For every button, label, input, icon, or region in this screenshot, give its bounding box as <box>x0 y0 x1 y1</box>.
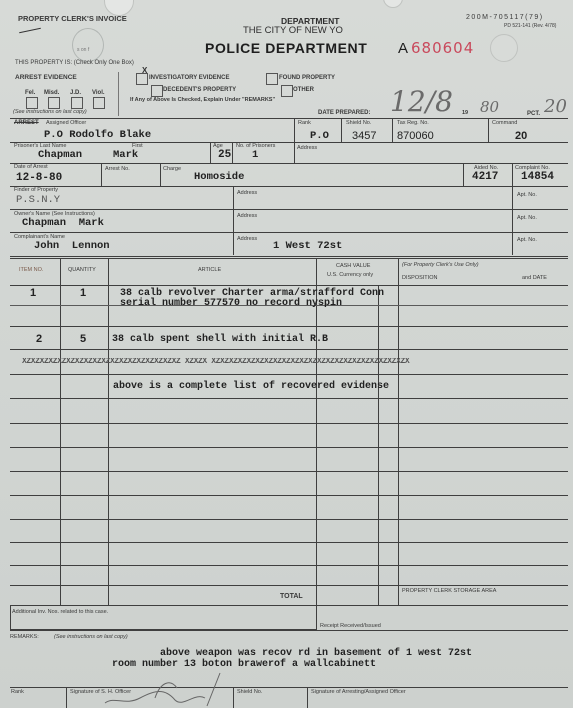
divider <box>488 118 489 142</box>
divider <box>233 186 234 255</box>
complaint-no-value: 14854 <box>521 172 554 183</box>
viol-checkbox[interactable] <box>93 97 105 109</box>
serial-number: 680604 <box>411 41 474 56</box>
remarks-note: (See instructions on last copy) <box>54 635 128 641</box>
row-rule <box>10 565 568 566</box>
age-value: 25 <box>218 150 231 161</box>
charge-label: Charge <box>163 167 181 173</box>
row-quantity: 5 <box>80 334 86 345</box>
date-prepared-label: DATE PREPARED: <box>318 110 370 116</box>
assigned-officer-label: Assigned Officer <box>46 121 86 127</box>
finder-label: Finder of Property <box>14 188 58 194</box>
found-property-checkbox[interactable] <box>266 73 278 85</box>
rank-label: Rank <box>298 121 311 127</box>
divider <box>512 186 513 255</box>
remarks-label: REMARKS: <box>10 635 39 641</box>
aided-no-value: 4217 <box>472 172 498 183</box>
investigatory-check-mark: X <box>142 67 147 75</box>
column-divider <box>108 258 109 605</box>
header-and-date: and DATE <box>522 276 547 282</box>
header-quantity: QUANTITY <box>68 268 96 274</box>
storage-area-label: PROPERTY CLERK STORAGE AREA <box>402 589 496 595</box>
divider <box>341 118 342 142</box>
jd-checkbox[interactable] <box>71 97 83 109</box>
date-of-arrest-value: 12-8-80 <box>16 173 62 184</box>
divider <box>232 142 233 163</box>
complainant-apt-label: Apt. No. <box>517 238 537 244</box>
signature-scribble <box>95 668 245 708</box>
see-instructions-note: (See instructions on last copy) <box>13 110 87 116</box>
finder-apt-label: Apt. No. <box>517 193 537 199</box>
rule <box>10 232 568 233</box>
column-divider <box>398 258 399 605</box>
divider <box>307 687 308 708</box>
summary-line: above is a complete list of recovered ev… <box>113 382 389 392</box>
command-label: Command <box>492 121 517 127</box>
header-clerk-note: (For Property Clerk's Use Only) <box>402 263 479 269</box>
rule <box>10 209 568 210</box>
page-title: POLICE DEPARTMENT <box>205 41 367 55</box>
remarks-line-1: above weapon was recov rd in basement of… <box>160 649 472 659</box>
additional-inv-label: Additional Inv. Nos. related to this cas… <box>12 610 108 616</box>
divider <box>210 142 211 163</box>
punch-hole <box>383 0 403 8</box>
arresting-officer-signature-label: Signature of Arresting/Assigned Officer <box>311 690 406 696</box>
row-rule <box>10 471 568 472</box>
row-rule <box>10 447 568 448</box>
row-rule <box>10 542 568 543</box>
row-rule <box>10 519 568 520</box>
divider <box>392 118 393 142</box>
divider <box>294 142 295 163</box>
misd-checkbox[interactable] <box>48 97 60 109</box>
complainant-address-label: Address <box>237 237 257 243</box>
header-us-currency: U.S. Currency only <box>327 273 373 279</box>
row-rule <box>10 423 568 424</box>
rule <box>10 258 568 259</box>
prisoner-last-name-value: Chapman <box>38 150 82 161</box>
other-label: OTHER <box>293 87 314 93</box>
column-divider <box>378 285 379 605</box>
arrest-evidence-label: ARREST EVIDENCE <box>15 75 77 82</box>
row-rule <box>10 585 568 586</box>
arrest-label-struck: ARREST <box>14 120 39 126</box>
header-article: ARTICLE <box>198 268 221 274</box>
header-cash-value: CASH VALUE <box>336 264 370 270</box>
property-clerk-invoice-form: s on f PROPERTY CLERK'S INVOICE DEPARTME… <box>0 0 573 708</box>
header-item-no: ITEM NO. <box>19 268 43 274</box>
found-property-label: FOUND PROPERTY <box>279 75 335 81</box>
row-quantity: 1 <box>80 288 86 299</box>
row-rule <box>10 495 568 496</box>
rule <box>10 630 568 631</box>
divider <box>512 163 513 186</box>
assigned-officer-value: P.O Rodolfo Blake <box>44 130 151 141</box>
stamp-fragment: s on f <box>77 48 89 53</box>
year-value: 80 <box>480 100 499 115</box>
complainant-address-value: 1 West 72st <box>273 241 342 252</box>
divider <box>294 118 295 142</box>
pct-value: 20 <box>544 98 567 116</box>
other-checkbox[interactable] <box>281 85 293 97</box>
row-rule <box>10 349 568 350</box>
divider <box>66 687 67 708</box>
row-rule <box>10 326 568 327</box>
divider <box>463 163 464 186</box>
punch-hole <box>490 34 518 62</box>
divider <box>118 72 119 116</box>
arrest-no-label: Arrest No. <box>105 167 130 173</box>
city-line: THE CITY OF NEW YO <box>243 26 343 36</box>
owner-value: Chapman Mark <box>22 218 104 229</box>
charge-value: Homoside <box>194 172 244 183</box>
date-of-arrest-label: Date of Arrest <box>14 165 48 171</box>
finder-value: P.S.N.Y <box>16 195 60 206</box>
jd-label: J.D. <box>70 90 81 96</box>
rule <box>10 142 568 143</box>
divider <box>101 163 102 186</box>
invoice-title: PROPERTY CLERK'S INVOICE <box>18 15 127 23</box>
receipt-label: Receipt Received/Issued <box>320 624 381 630</box>
no-of-prisoners-value: 1 <box>252 150 258 161</box>
prisoner-first-name-value: Mark <box>113 150 138 161</box>
row-rule <box>10 398 568 399</box>
form-code: 200M-705117(79) <box>466 14 544 21</box>
row-item-no: 1 <box>30 288 36 299</box>
rank-value: P.O <box>310 131 329 142</box>
finder-address-label: Address <box>237 191 257 197</box>
tax-reg-label: Tax Reg. No. <box>397 121 429 127</box>
total-label: TOTAL <box>280 593 303 600</box>
prisoner-address-label: Address <box>297 146 317 152</box>
fel-checkbox[interactable] <box>26 97 38 109</box>
rule <box>10 605 568 606</box>
rule <box>10 163 568 164</box>
owner-address-label: Address <box>237 214 257 220</box>
rule <box>10 687 568 688</box>
row-item-no: 2 <box>36 334 42 345</box>
rule <box>10 118 568 119</box>
column-divider <box>316 258 317 630</box>
tax-reg-value: 870060 <box>397 131 434 142</box>
owner-apt-label: Apt. No. <box>517 216 537 222</box>
year-prefix: 19 <box>462 111 468 117</box>
decedents-property-checkbox[interactable] <box>151 85 163 97</box>
command-value: 20 <box>515 131 527 142</box>
date-prepared-value: 12/8 <box>390 88 453 116</box>
column-divider <box>60 258 61 605</box>
rank-sig-label: Rank <box>11 690 24 696</box>
pct-label: PCT. <box>527 111 540 117</box>
strike-through-line: XZXZXZXZXZXZXZXZXZXZXZXZXZXZXZXZXZXZ XZX… <box>22 358 566 366</box>
stamp-circle-mark <box>72 28 104 62</box>
shield-label: Shield No. <box>346 121 371 127</box>
misd-label: Misd. <box>44 90 59 96</box>
rule <box>10 186 568 187</box>
complainant-value: John Lennon <box>34 241 110 252</box>
serial-prefix: A <box>398 41 408 56</box>
row-rule <box>10 374 568 375</box>
row-article: 38 calb spent shell with initial R.B <box>112 335 328 345</box>
decedents-property-label: DECEDENT'S PROPERTY <box>163 87 236 93</box>
header-disposition: DISPOSITION <box>402 276 437 282</box>
row-article-continued: serial number 577570 no record nyspin <box>120 299 342 309</box>
fel-label: Fel. <box>25 90 35 96</box>
divider <box>160 163 161 186</box>
viol-label: Viol. <box>92 90 105 96</box>
row-rule <box>10 285 568 286</box>
pen-mark <box>19 28 41 34</box>
form-revision: PD 521-141 (Rev. 4/78) <box>504 24 556 29</box>
shield-value: 3457 <box>352 131 376 142</box>
investigatory-evidence-label: INVESTIGATORY EVIDENCE <box>149 75 229 81</box>
explain-note: If Any of Above Is Checked, Explain Unde… <box>130 98 275 104</box>
rule <box>10 256 568 257</box>
property-type-instruction: THIS PROPERTY IS: (Check Only One Box) <box>15 60 134 66</box>
